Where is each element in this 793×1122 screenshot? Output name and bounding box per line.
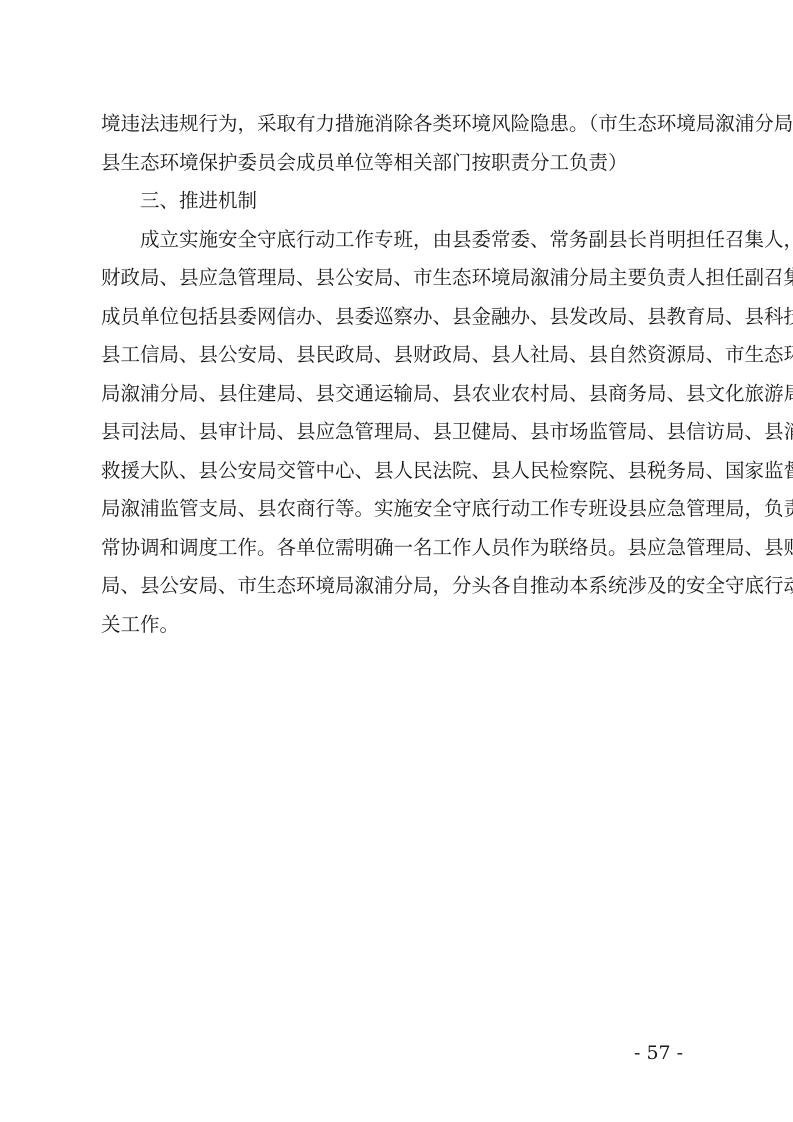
text-line: 境违法违规行为，采取有力措施消除各类环境风险隐患。（市生态环境局溆浦分局牵头， [101, 110, 695, 149]
text-line: 县生态环境保护委员会成员单位等相关部门按职责分工负责） [101, 149, 695, 188]
text-line: 局溆浦监管支局、县农商行等。实施安全守底行动工作专班设县应急管理局，负责日 [101, 495, 695, 534]
text-line: 成员单位包括县委网信办、县委巡察办、县金融办、县发改局、县教育局、县科技局、 [101, 303, 695, 342]
text-line: 财政局、县应急管理局、县公安局、市生态环境局溆浦分局主要负责人担任副召集人， [101, 264, 695, 303]
body-text: 境违法违规行为，采取有力措施消除各类环境风险隐患。（市生态环境局溆浦分局牵头， … [101, 110, 695, 649]
text-line: 县工信局、县公安局、县民政局、县财政局、县人社局、县自然资源局、市生态环境 [101, 341, 695, 380]
text-line: 常协调和调度工作。各单位需明确一名工作人员作为联络员。县应急管理局、县财政 [101, 534, 695, 573]
page-number: - 57 - [634, 1042, 683, 1064]
text-line: 局、县公安局、市生态环境局溆浦分局，分头各自推动本系统涉及的安全守底行动相 [101, 572, 695, 611]
text-line: 成立实施安全守底行动工作专班，由县委常委、常务副县长肖明担任召集人，县 [101, 226, 695, 265]
text-line: 县司法局、县审计局、县应急管理局、县卫健局、县市场监管局、县信访局、县消防 [101, 418, 695, 457]
text-line: 局溆浦分局、县住建局、县交通运输局、县农业农村局、县商务局、县文化旅游局、 [101, 380, 695, 419]
document-page: 境违法违规行为，采取有力措施消除各类环境风险隐患。（市生态环境局溆浦分局牵头， … [0, 0, 793, 1122]
text-line: 关工作。 [101, 611, 695, 650]
section-heading: 三、推进机制 [101, 187, 695, 226]
text-line: 救援大队、县公安局交管中心、县人民法院、县人民检察院、县税务局、国家监督总 [101, 457, 695, 496]
